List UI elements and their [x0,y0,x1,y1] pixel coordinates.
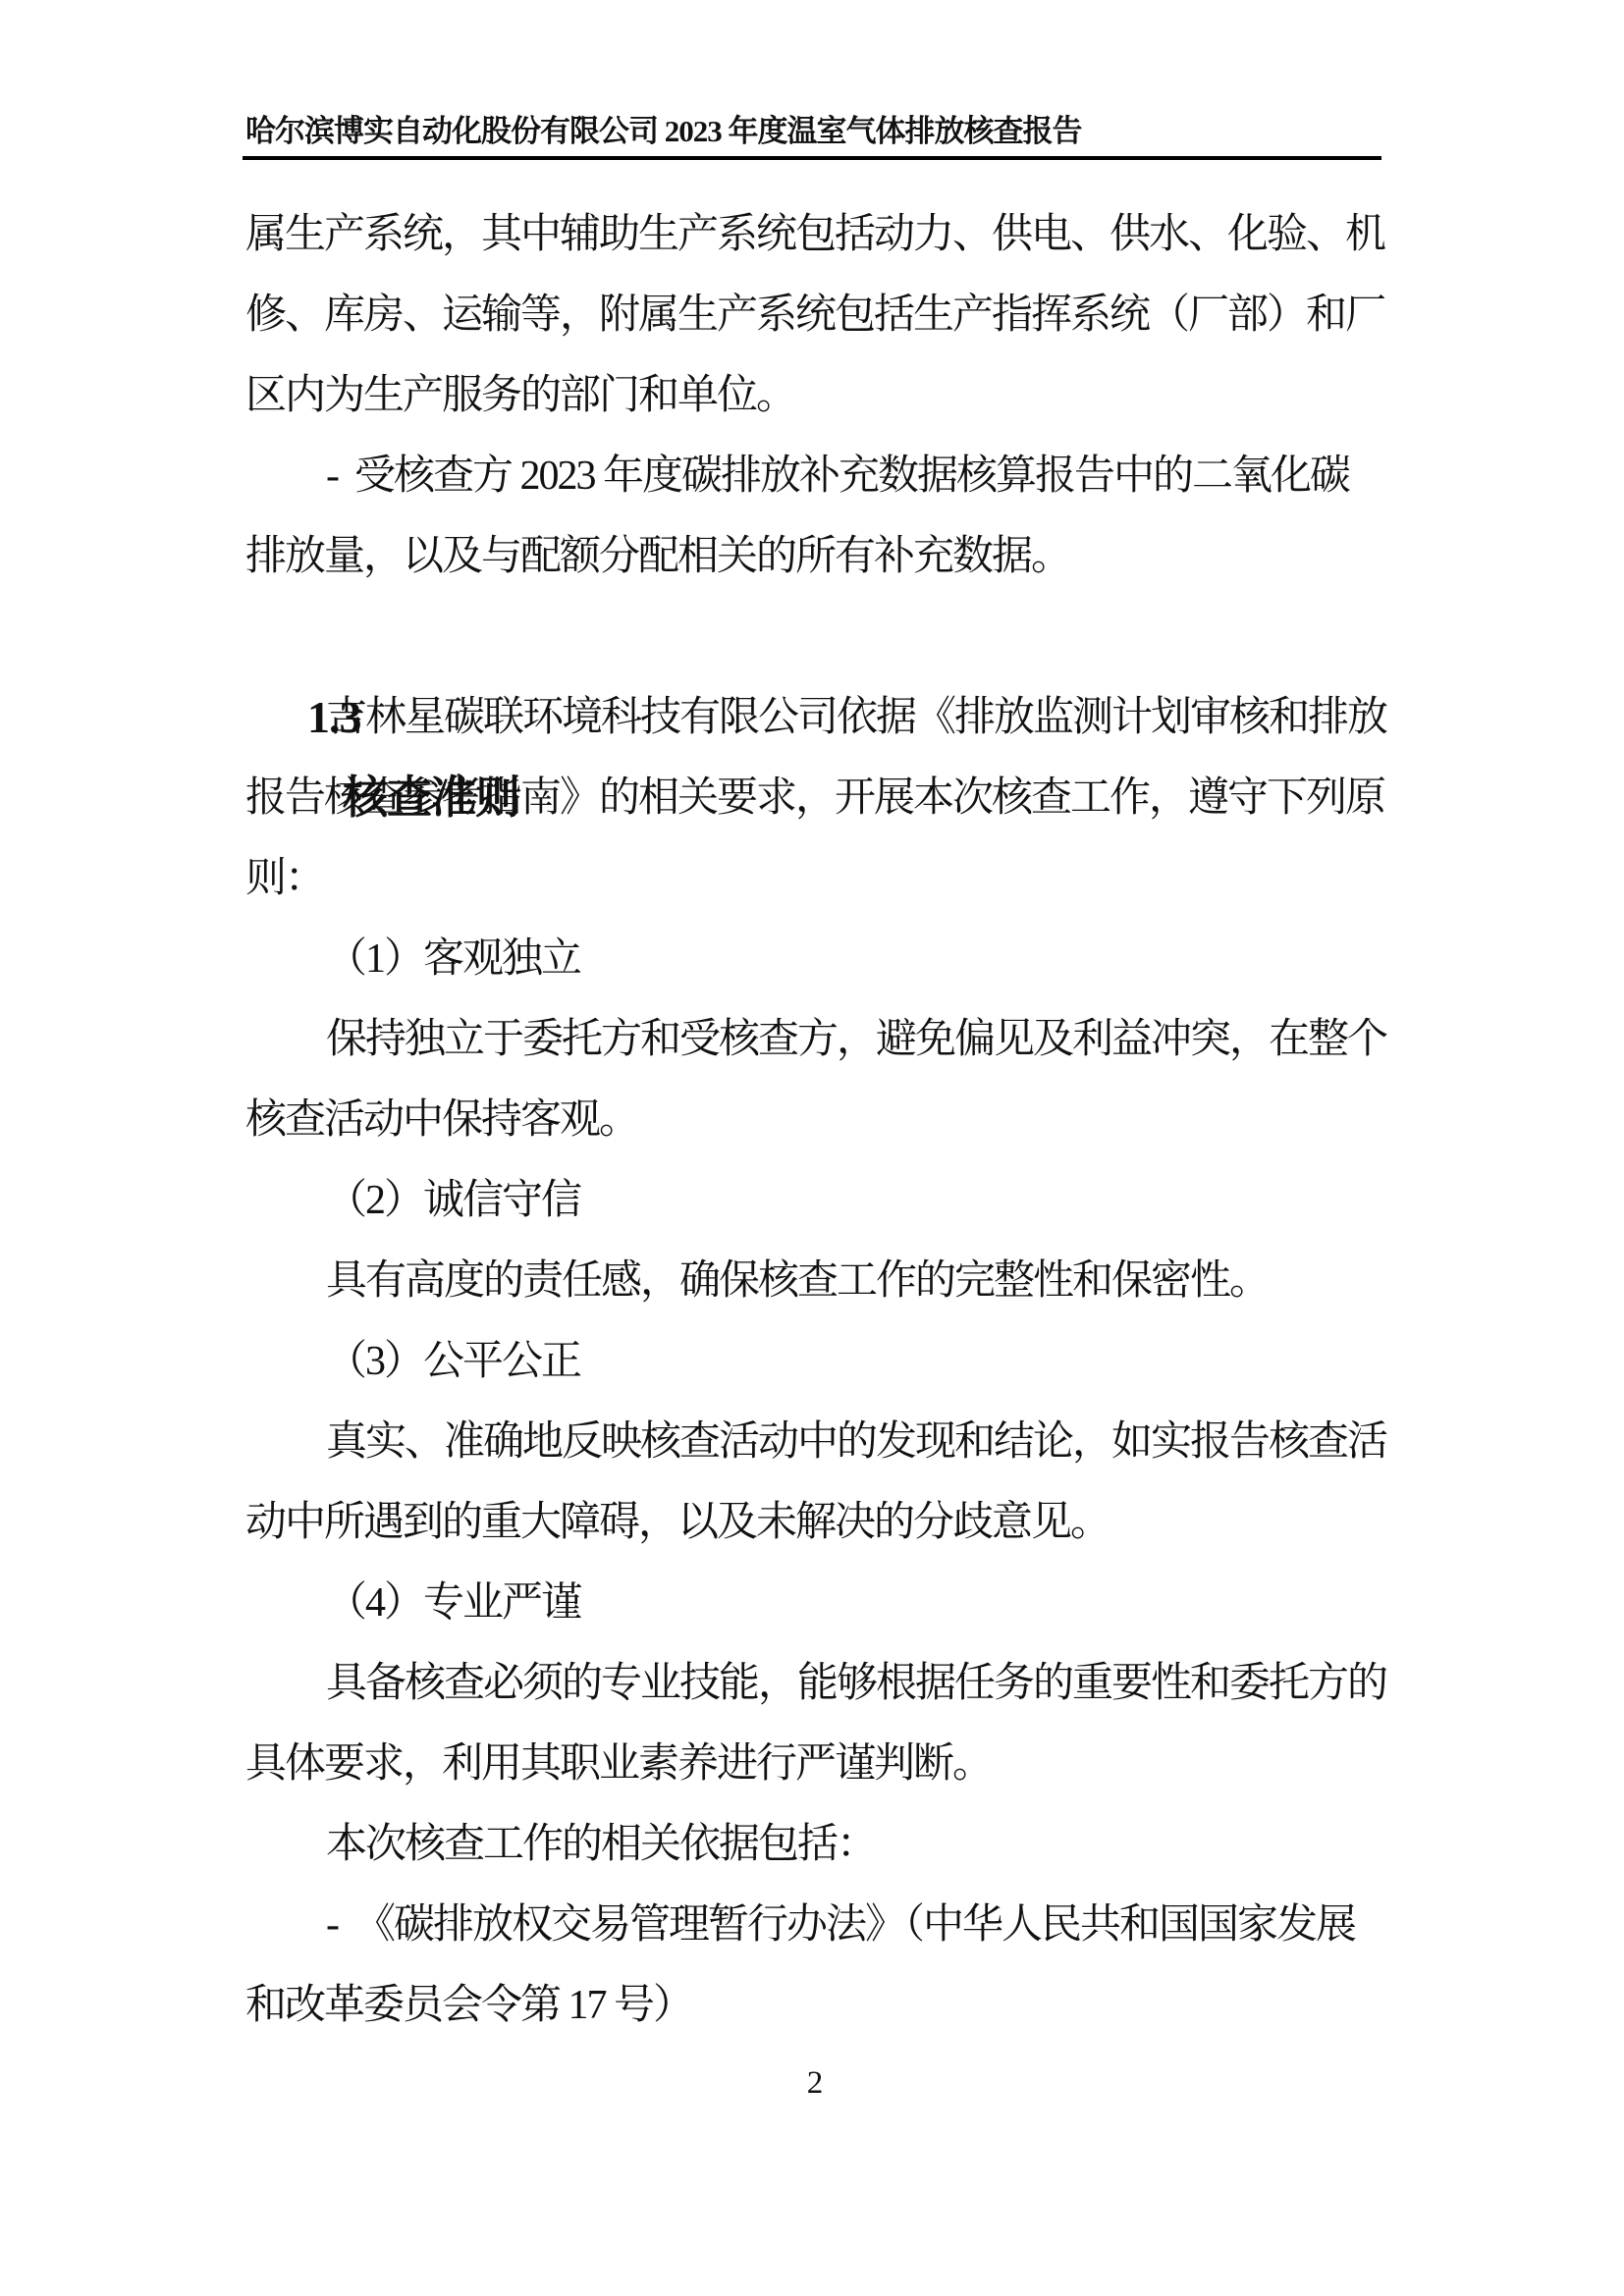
text-line: 保持独立于委托方和受核查方，避免偏见及利益冲突，在整个 [245,999,1394,1080]
text-line: 属生产系统，其中辅助生产系统包括动力、供电、供水、化验、机 [245,194,1394,275]
document-page: 哈尔滨博实自动化股份有限公司 2023 年度温室气体排放核查报告 属生产系统，其… [0,0,1624,2296]
page-content: 属生产系统，其中辅助生产系统包括动力、供电、供水、化验、机 修、库房、运输等，附… [245,194,1394,2046]
text-line: 则： [245,838,1394,919]
page-number: 2 [245,2061,1384,2105]
text-line: 具备核查必须的专业技能，能够根据任务的重要性和委托方的 [245,1643,1394,1724]
text-line: （2）诚信守信 [245,1160,1394,1241]
section-heading: 1.3 核查准则 [245,597,1394,677]
running-header: 哈尔滨博实自动化股份有限公司 2023 年度温室气体排放核查报告 [245,110,1384,153]
text-line: （1）客观独立 [245,919,1394,999]
text-line: 和改革委员会令第 17 号） [245,1965,1394,2046]
text-line: （4）专业严谨 [245,1563,1394,1643]
text-line: 核查活动中保持客观。 [245,1080,1394,1160]
text-line: 报告核查参考指南》的相关要求，开展本次核查工作，遵守下列原 [245,758,1394,838]
text-line: 真实、准确地反映核查活动中的发现和结论，如实报告核查活 [245,1402,1394,1482]
text-line: 区内为生产服务的部门和单位。 [245,355,1394,436]
text-line: 本次核查工作的相关依据包括： [245,1804,1394,1885]
text-line: 排放量，以及与配额分配相关的所有补充数据。 [245,516,1394,597]
text-line: 动中所遇到的重大障碍，以及未解决的分歧意见。 [245,1482,1394,1563]
text-line: - 受核查方 2023 年度碳排放补充数据核算报告中的二氧化碳 [245,436,1394,516]
text-line: 具体要求，利用其职业素养进行严谨判断。 [245,1724,1394,1804]
text-line: 吉林星碳联环境科技有限公司依据《排放监测计划审核和排放 [245,677,1394,758]
text-line: - 《碳排放权交易管理暂行办法》（中华人民共和国国家发展 [245,1885,1394,1965]
text-line: 具有高度的责任感，确保核查工作的完整性和保密性。 [245,1241,1394,1321]
header-rule [243,156,1381,160]
text-line: 修、库房、运输等，附属生产系统包括生产指挥系统（厂部）和厂 [245,275,1394,355]
text-line: （3）公平公正 [245,1321,1394,1402]
